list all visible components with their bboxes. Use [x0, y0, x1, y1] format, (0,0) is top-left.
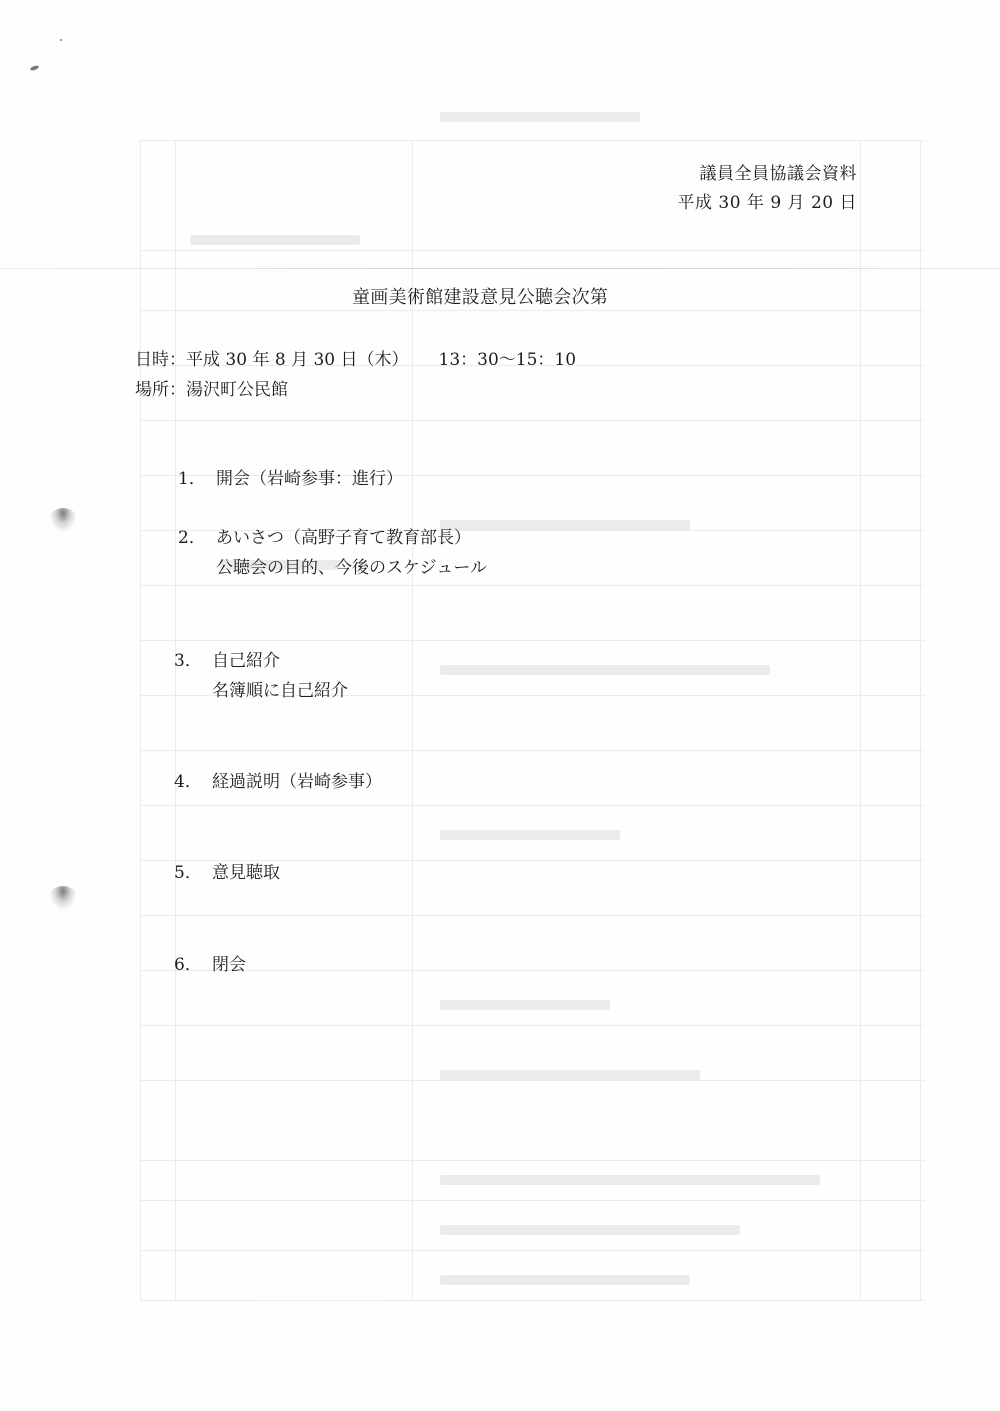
document-header: 議員全員協議会資料 平成 30 年 9 月 20 日: [677, 160, 857, 218]
agenda-detail: 名簿順に自己紹介: [174, 676, 348, 706]
agenda-number: 6．: [174, 950, 212, 980]
document-date: 平成 30 年 9 月 20 日: [677, 189, 857, 218]
agenda-label: 経過説明（岩崎参事）: [212, 772, 382, 792]
agenda-number: 2．: [178, 523, 216, 553]
scan-fold-line: [0, 268, 1000, 269]
agenda-item-2: 2．あいさつ（高野子育て教育部長） 公聴会の目的、今後のスケジュール: [178, 523, 487, 583]
punch-hole: [48, 508, 78, 534]
agenda-item-6: 6．閉会: [174, 950, 246, 980]
scan-speck: [30, 65, 40, 72]
document-category: 議員全員協議会資料: [677, 160, 857, 189]
agenda-label: 閉会: [212, 955, 246, 975]
agenda-detail: 公聴会の目的、今後のスケジュール: [178, 553, 487, 583]
agenda-number: 1．: [178, 464, 216, 494]
punch-hole: [48, 886, 78, 912]
agenda-item-5: 5．意見聴取: [174, 858, 280, 888]
meeting-info: 日時：平成 30 年 8 月 30 日（木）13：30～15：10 場所：湯沢町…: [135, 345, 576, 405]
scanned-page: 議員全員協議会資料 平成 30 年 9 月 20 日 童画美術館建設意見公聴会次…: [0, 0, 1000, 1411]
agenda-label: 自己紹介: [212, 651, 280, 671]
agenda-number: 3．: [174, 646, 212, 676]
bleed-through-table: [140, 140, 925, 1300]
agenda-number: 5．: [174, 858, 212, 888]
highlighted-title: 童画美術館建設意見公聴会次第: [350, 283, 610, 309]
agenda-label: あいさつ（高野子育て教育部長）: [216, 528, 471, 548]
scan-speck: [60, 39, 62, 41]
agenda-item-4: 4．経過説明（岩崎参事）: [174, 767, 382, 797]
agenda-label: 意見聴取: [212, 863, 280, 883]
agenda-label: 開会（岩崎参事：進行）: [216, 469, 403, 489]
page-title: 童画美術館建設意見公聴会次第: [350, 283, 610, 309]
meeting-place: 場所：湯沢町公民館: [135, 375, 576, 405]
meeting-date: 日時：平成 30 年 8 月 30 日（木）: [135, 350, 409, 370]
meeting-datetime: 日時：平成 30 年 8 月 30 日（木）13：30～15：10: [135, 345, 576, 375]
meeting-time: 13：30～15：10: [439, 350, 577, 370]
agenda-number: 4．: [174, 767, 212, 797]
agenda-item-3: 3．自己紹介 名簿順に自己紹介: [174, 646, 348, 706]
agenda-item-1: 1．開会（岩崎参事：進行）: [178, 464, 403, 494]
